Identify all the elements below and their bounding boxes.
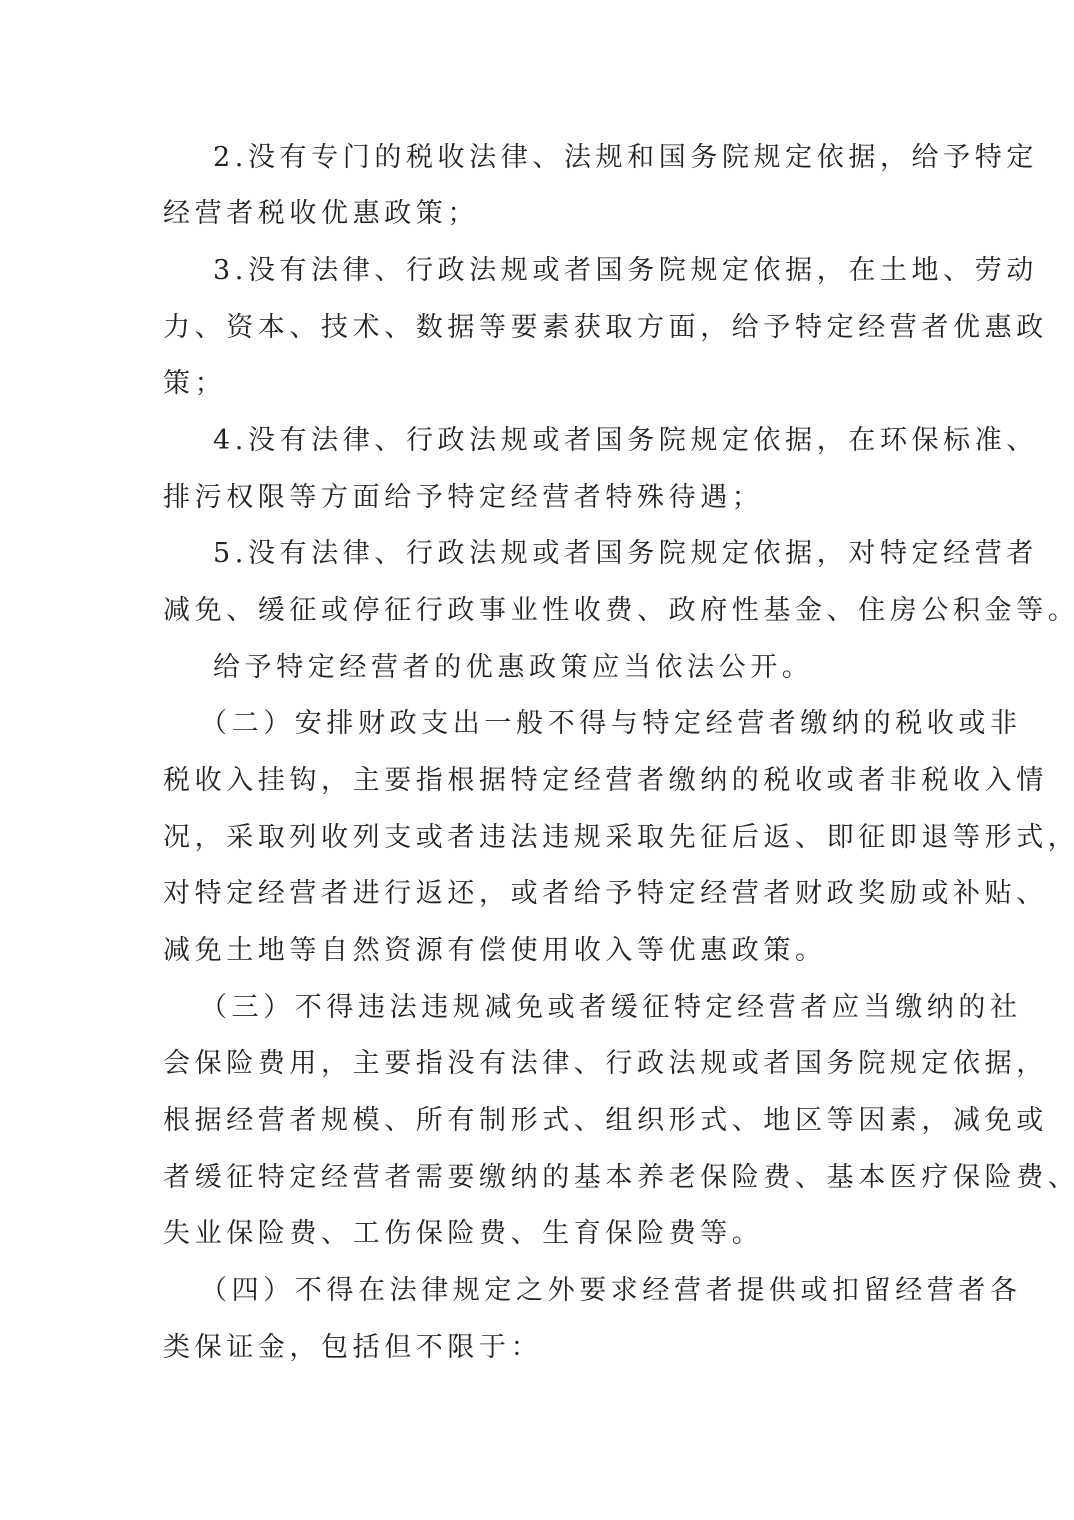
paragraph-section-3-line-2: 会保险费用，主要指没有法律、行政法规或者国务院规定依据，	[163, 1047, 1048, 1081]
paragraph-item-2-line-2: 经营者税收优惠政策；	[163, 197, 479, 231]
paragraph-section-4-line-2: 类保证金，包括但不限于：	[163, 1331, 542, 1365]
paragraph-section-2-line-2: 税收入挂钩，主要指根据特定经营者缴纳的税收或者非税收入情	[163, 764, 1048, 798]
paragraph-item-4-line-1: 4.没有法律、行政法规或者国务院规定依据，在环保标准、	[213, 424, 1038, 458]
paragraph-item-3-line-2: 力、资本、技术、数据等要素获取方面，给予特定经营者优惠政	[163, 311, 1048, 345]
paragraph-section-2-line-3: 况，采取列收列支或者违法违规采取先征后返、即征即退等形式，	[163, 821, 1074, 855]
paragraph-section-2-line-1: （二）安排财政支出一般不得与特定经营者缴纳的税收或非	[200, 707, 1022, 741]
paragraph-item-5-line-2: 减免、缓征或停征行政事业性收费、政府性基金、住房公积金等。	[163, 594, 1074, 628]
paragraph-item-3-line-3: 策；	[163, 367, 226, 401]
paragraph-section-3-line-1: （三）不得违法违规减免或者缓征特定经营者应当缴纳的社	[200, 991, 1022, 1025]
paragraph-item-4-line-2: 排污权限等方面给予特定经营者特殊待遇；	[163, 481, 763, 515]
paragraph-disclosure-line-1: 给予特定经营者的优惠政策应当依法公开。	[213, 651, 813, 685]
paragraph-item-3-line-1: 3.没有法律、行政法规或者国务院规定依据，在土地、劳动	[213, 254, 1038, 288]
paragraph-section-3-line-5: 失业保险费、工伤保险费、生育保险费等。	[163, 1217, 763, 1251]
paragraph-item-5-line-1: 5.没有法律、行政法规或者国务院规定依据，对特定经营者	[213, 537, 1038, 571]
paragraph-section-4-line-1: （四）不得在法律规定之外要求经营者提供或扣留经营者各	[200, 1274, 1022, 1308]
paragraph-section-2-line-5: 减免土地等自然资源有偿使用收入等优惠政策。	[163, 934, 827, 968]
paragraph-section-3-line-4: 者缓征特定经营者需要缴纳的基本养老保险费、基本医疗保险费、	[163, 1161, 1074, 1195]
paragraph-section-2-line-4: 对特定经营者进行返还，或者给予特定经营者财政奖励或补贴、	[163, 877, 1048, 911]
paragraph-item-2-line-1: 2.没有专门的税收法律、法规和国务院规定依据，给予特定	[213, 141, 1038, 175]
paragraph-section-3-line-3: 根据经营者规模、所有制形式、组织形式、地区等因素，减免或	[163, 1104, 1048, 1138]
document-page: 2.没有专门的税收法律、法规和国务院规定依据，给予特定 经营者税收优惠政策； 3…	[0, 0, 1074, 1520]
